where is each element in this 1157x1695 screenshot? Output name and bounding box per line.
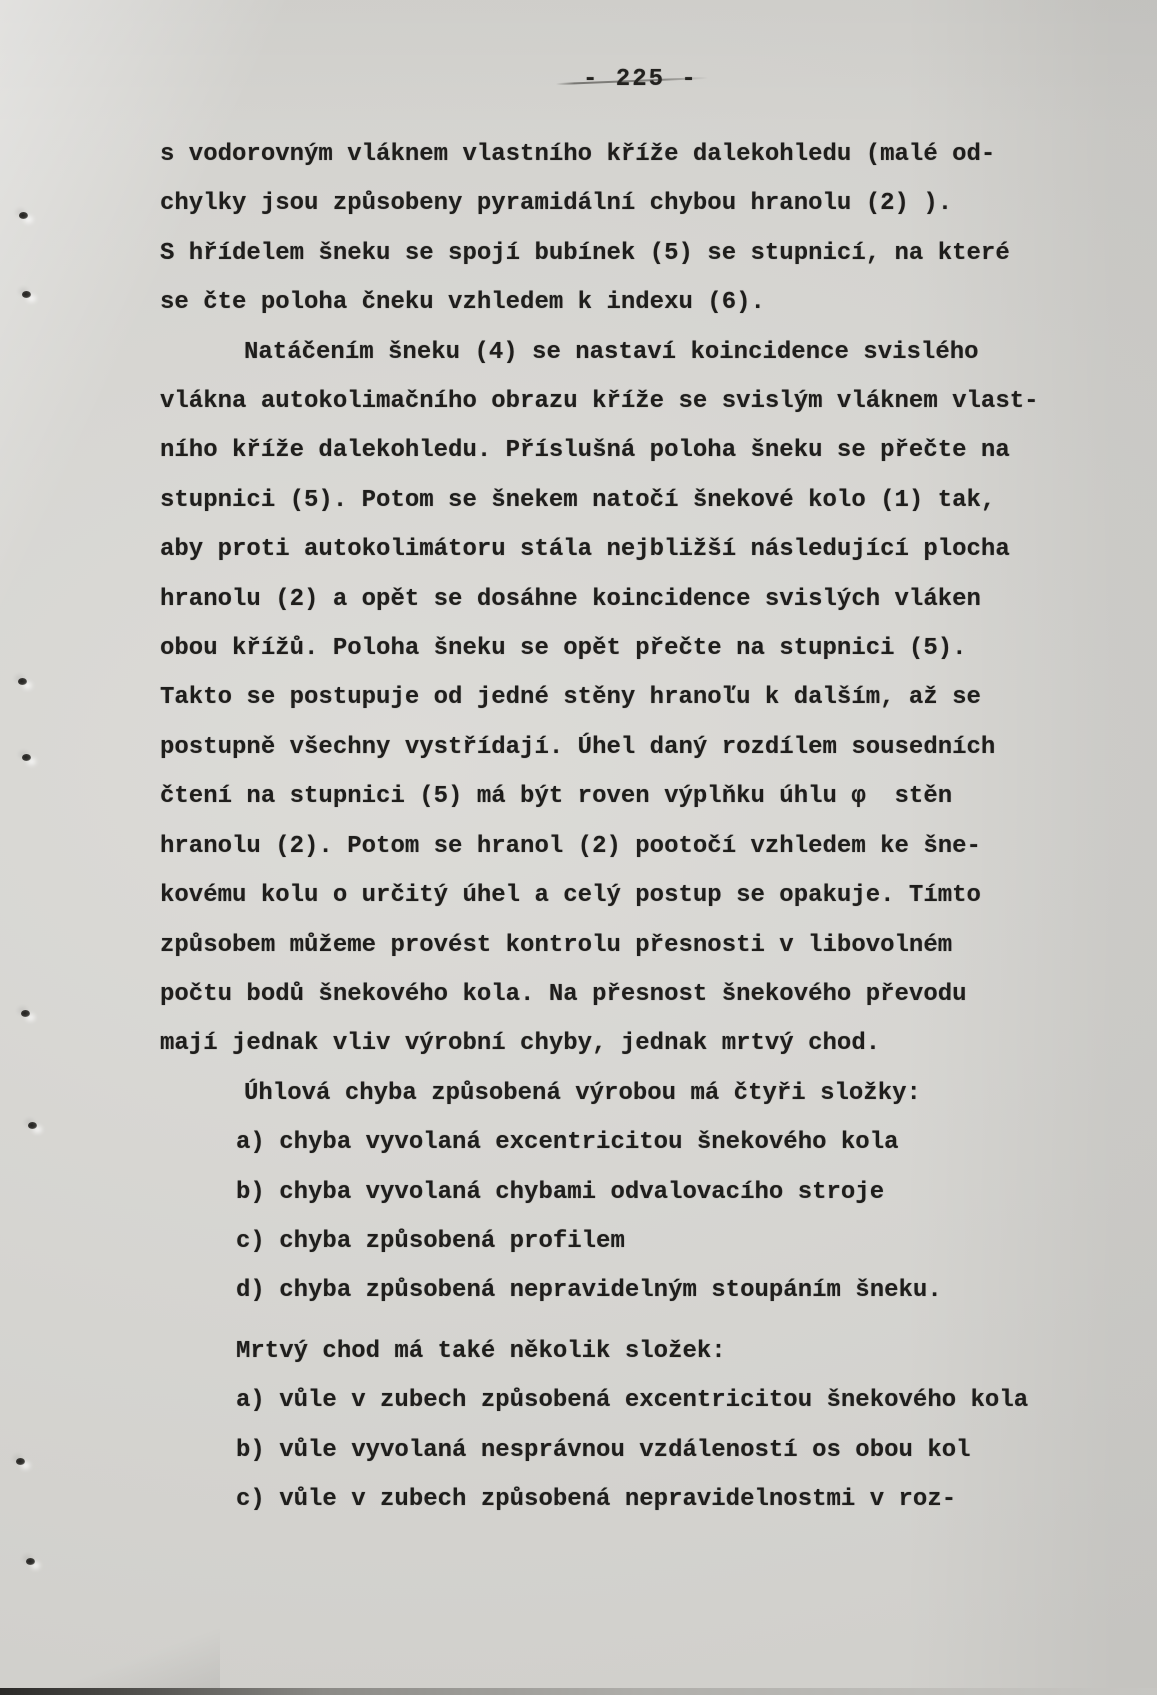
text-line: hranolu (2). Potom se hranol (2) pootočí… xyxy=(160,822,1040,871)
list-item-line: c) chyba způsobená profilem xyxy=(160,1217,1040,1266)
text-line: aby proti autokolimátoru stála nejbližší… xyxy=(160,525,1040,574)
list-item-line: c) vůle v zubech způsobená nepravidelnos… xyxy=(160,1475,1040,1524)
scan-edge xyxy=(0,1688,1157,1695)
ink-speck xyxy=(26,1558,35,1565)
paper-fold-shadow xyxy=(0,1629,220,1689)
text-line: postupně všechny vystřídají. Úhel daný r… xyxy=(160,723,1040,772)
text-line: chylky jsou způsobeny pyramidální chybou… xyxy=(160,179,1040,228)
text-line: hranolu (2) a opět se dosáhne koincidenc… xyxy=(160,575,1040,624)
list-item-line: b) chyba vyvolaná chybami odvalovacího s… xyxy=(160,1168,1040,1217)
scanned-page: - 225 - s vodorovným vláknem vlastního k… xyxy=(0,0,1157,1695)
text-line: s vodorovným vláknem vlastního kříže dal… xyxy=(160,130,1040,179)
text-line: obou křížů. Poloha šneku se opět přečte … xyxy=(160,624,1040,673)
ink-speck xyxy=(18,678,27,685)
list-item-line: a) chyba vyvolaná excentricitou šnekovéh… xyxy=(160,1118,1040,1167)
text-line: mají jednak vliv výrobní chyby, jednak m… xyxy=(160,1019,1040,1068)
text-line: způsobem můžeme provést kontrolu přesnos… xyxy=(160,921,1040,970)
ink-speck xyxy=(22,754,31,761)
text-line: Takto se postupuje od jedné stěny hranoľ… xyxy=(160,673,1040,722)
text-line: ního kříže dalekohledu. Příslušná poloha… xyxy=(160,426,1040,475)
text-line: Úhlová chyba způsobená výrobou má čtyři … xyxy=(160,1069,1040,1118)
text-line: vlákna autokolimačního obrazu kříže se s… xyxy=(160,377,1040,426)
page-text-block: s vodorovným vláknem vlastního kříže dal… xyxy=(160,130,1040,1524)
text-line: Mrtvý chod má také několik složek: xyxy=(160,1327,1040,1376)
ink-speck xyxy=(21,1010,30,1017)
text-line: čtení na stupnici (5) má být roven výplň… xyxy=(160,772,1040,821)
ink-speck xyxy=(28,1122,37,1129)
ink-speck xyxy=(16,1458,25,1465)
text-line: se čte poloha čneku vzhledem k indexu (6… xyxy=(160,278,1040,327)
text-line: Natáčením šneku (4) se nastaví koinciden… xyxy=(160,328,1040,377)
text-line: kovému kolu o určitý úhel a celý postup … xyxy=(160,871,1040,920)
ink-speck xyxy=(22,291,31,298)
text-line: stupnici (5). Potom se šnekem natočí šne… xyxy=(160,476,1040,525)
list-item-line: b) vůle vyvolaná nesprávnou vzdáleností … xyxy=(160,1426,1040,1475)
list-item-line: d) chyba způsobená nepravidelným stoupán… xyxy=(160,1266,1040,1315)
text-line: počtu bodů šnekového kola. Na přesnost š… xyxy=(160,970,1040,1019)
list-item-line: a) vůle v zubech způsobená excentricitou… xyxy=(160,1376,1040,1425)
text-line: S hřídelem šneku se spojí bubínek (5) se… xyxy=(160,229,1040,278)
ink-speck xyxy=(19,212,28,219)
